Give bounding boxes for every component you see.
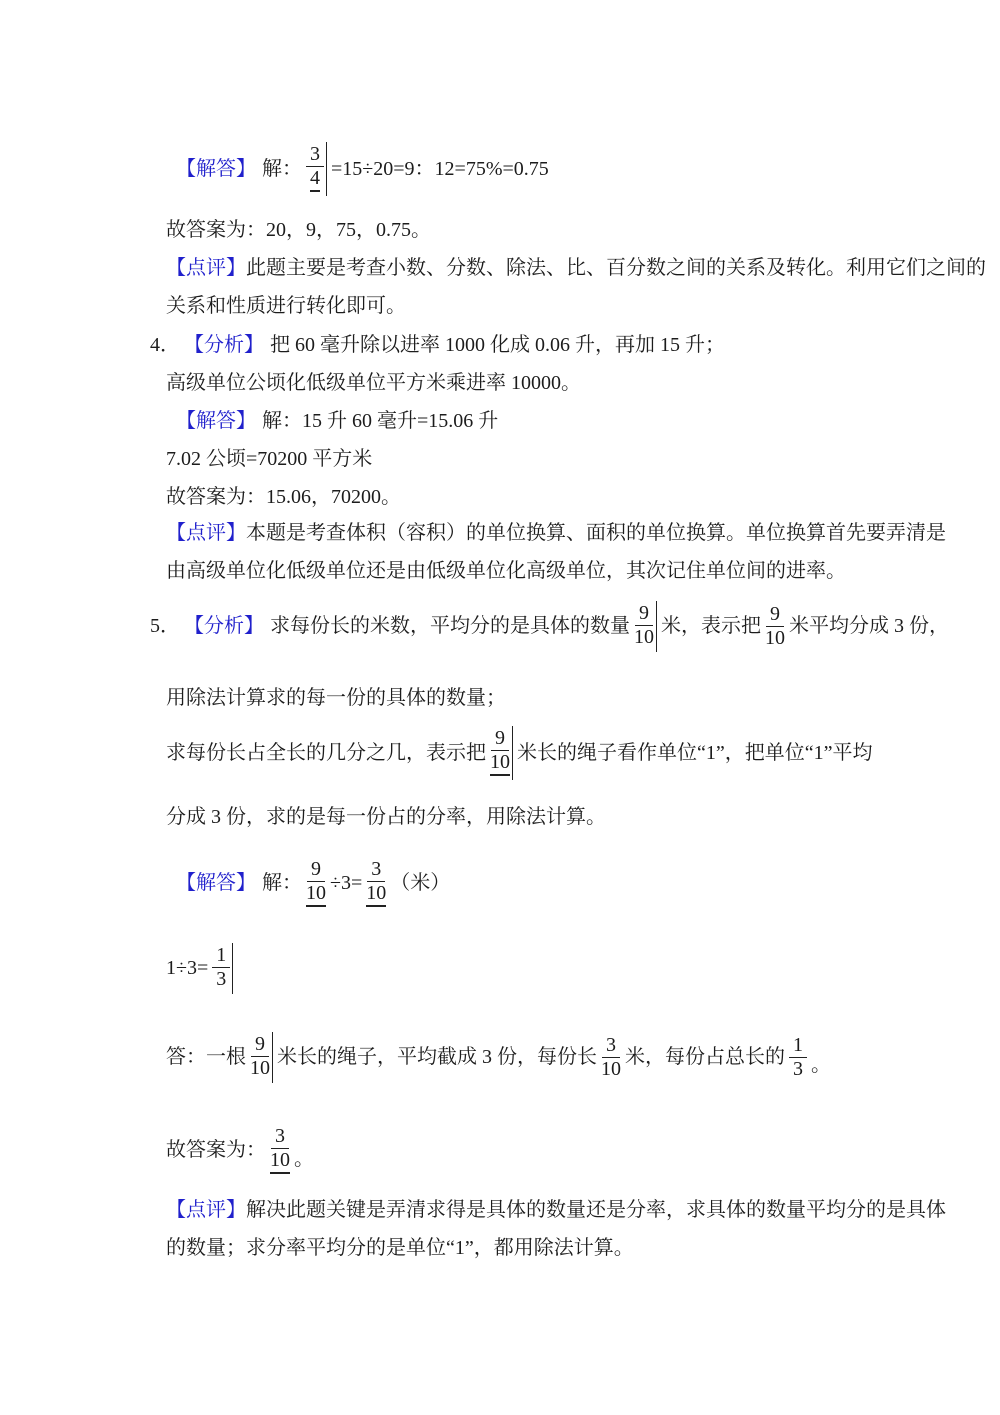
answer-sentence-text: 米长的绳子，平均截成 3 份，每份长 — [277, 1045, 597, 1070]
q3-conclusion-line: 故答案为：20，9，75，0.75。 — [166, 218, 431, 243]
fraction-1-3: 1 3 — [789, 1035, 807, 1080]
q5-analysis-line-3: 求每份长占全长的几分之几，表示把 9 10 米长的绳子看作单位“1”，把单位“1… — [166, 727, 873, 779]
fraction-numerator: 9 — [251, 1034, 269, 1057]
equation-text: 1÷3= — [166, 956, 208, 981]
fraction-3-4: 3 4 — [306, 142, 327, 196]
comment-label: 【点评】 — [166, 521, 246, 546]
answer-prefix: 解： — [262, 157, 302, 182]
fraction-9-10: 9 10 — [634, 601, 657, 652]
q5-answer-sentence-line: 答：一根 9 10 米长的绳子，平均截成 3 份，每份长 3 10 米，每份占总… — [166, 1034, 831, 1080]
comment-text: 本题是考查体积（容积）的单位换算、面积的单位换算。单位换算首先要弄清是 — [246, 521, 946, 546]
analysis-text: 求每份长占全长的几分之几，表示把 — [166, 741, 486, 766]
conclusion-text: 故答案为：20，9，75，0.75。 — [166, 218, 431, 243]
equation-text: ÷3= — [330, 871, 362, 896]
fraction-3-10: 3 10 — [366, 859, 386, 907]
fraction-numerator: 9 — [766, 604, 784, 627]
equation-text: 7.02 公顷=70200 平方米 — [166, 447, 372, 472]
answer-text: 解：15 升 60 毫升=15.06 升 — [262, 409, 498, 434]
q4-analysis-line-1: 4． 【分析】 把 60 毫升除以进率 1000 化成 0.06 升，再加 15… — [150, 333, 725, 358]
analysis-text: 求每份长的米数，平均分的是具体的数量 — [270, 614, 630, 639]
comment-label: 【点评】 — [166, 256, 246, 281]
answer-label: 【解答】 — [176, 157, 256, 182]
answer-sentence-text: 米，每份占总长的 — [625, 1045, 785, 1070]
q3-answer-line: 【解答】 解： 3 4 =15÷20=9：12=75%=0.75 — [176, 143, 549, 195]
fraction-numerator: 3 — [602, 1035, 620, 1058]
fraction-denominator: 10 — [366, 882, 386, 907]
fraction-denominator: 10 — [765, 627, 785, 649]
comment-text: 此题主要是考查小数、分数、除法、比、百分数之间的关系及转化。利用它们之间的 — [246, 256, 986, 281]
equation-text: =15÷20=9：12=75%=0.75 — [331, 157, 549, 182]
fraction-9-10: 9 10 — [250, 1032, 273, 1083]
fraction-1-3: 1 3 — [212, 943, 233, 994]
document-page: 【解答】 解： 3 4 =15÷20=9：12=75%=0.75 故答案为：20… — [0, 0, 1000, 1415]
q3-comment-line-1: 【点评】 此题主要是考查小数、分数、除法、比、百分数之间的关系及转化。利用它们之… — [166, 256, 986, 281]
answer-label: 【解答】 — [176, 409, 256, 434]
q5-analysis-line-1: 5． 【分析】 求每份长的米数，平均分的是具体的数量 9 10 米，表示把 9 … — [150, 600, 949, 652]
comment-text: 解决此题关键是弄清求得是具体的数量还是分率，求具体的数量平均分的是具体 — [246, 1198, 946, 1223]
fraction-9-10: 9 10 — [490, 726, 513, 780]
q3-comment-line-2: 关系和性质进行转化即可。 — [166, 294, 406, 319]
analysis-text: 米长的绳子看作单位“1”，把单位“1”平均 — [517, 741, 873, 766]
answer-prefix: 解： — [262, 871, 302, 896]
fraction-9-10: 9 10 — [765, 604, 785, 649]
fraction-denominator: 3 — [793, 1058, 803, 1080]
analysis-text: 把 60 毫升除以进率 1000 化成 0.06 升，再加 15 升； — [270, 333, 725, 358]
fraction-9-10: 9 10 — [306, 859, 326, 907]
fraction-numerator: 3 — [367, 859, 385, 882]
period-text: 。 — [294, 1147, 314, 1174]
q4-analysis-line-2: 高级单位公顷化低级单位平方米乘进率 10000。 — [166, 371, 581, 396]
analysis-label: 【分析】 — [184, 614, 264, 639]
fraction-3-10: 3 10 — [601, 1035, 621, 1080]
fraction-numerator: 9 — [491, 728, 509, 751]
q4-equation-line: 7.02 公顷=70200 平方米 — [166, 447, 372, 472]
analysis-text: 分成 3 份，求的是每一份占的分率，用除法计算。 — [166, 805, 606, 830]
fraction-denominator: 3 — [216, 968, 226, 990]
q5-analysis-line-2: 用除法计算求的每一份的具体的数量； — [166, 686, 506, 711]
question-number: 5． — [150, 614, 180, 639]
q4-comment-line-1: 【点评】 本题是考查体积（容积）的单位换算、面积的单位换算。单位换算首先要弄清是 — [166, 521, 946, 546]
question-number: 4． — [150, 333, 180, 358]
fraction-denominator: 10 — [601, 1058, 621, 1080]
comment-text: 关系和性质进行转化即可。 — [166, 294, 406, 319]
conclusion-text: 故答案为： — [166, 1138, 266, 1163]
fraction-denominator: 10 — [306, 882, 326, 907]
comment-text: 的数量；求分率平均分的是单位“1”，都用除法计算。 — [166, 1236, 634, 1261]
q4-comment-line-2: 由高级单位化低级单位还是由低级单位化高级单位，其次记住单位间的进率。 — [166, 559, 846, 584]
answer-label: 【解答】 — [176, 871, 256, 896]
fraction-denominator: 4 — [310, 167, 320, 192]
q5-answer-line: 【解答】 解： 9 10 ÷3= 3 10 （米） — [176, 858, 450, 908]
analysis-text: 米，表示把 — [661, 614, 761, 639]
fraction-denominator: 10 — [634, 626, 654, 648]
fraction-denominator: 10 — [490, 751, 510, 776]
q5-equation-line-2: 1÷3= 1 3 — [166, 946, 237, 990]
q5-comment-line-2: 的数量；求分率平均分的是单位“1”，都用除法计算。 — [166, 1236, 634, 1261]
comment-label: 【点评】 — [166, 1198, 246, 1223]
comment-text: 由高级单位化低级单位还是由低级单位化高级单位，其次记住单位间的进率。 — [166, 559, 846, 584]
q4-conclusion-line: 故答案为：15.06，70200。 — [166, 485, 401, 510]
fraction-numerator: 9 — [635, 603, 653, 626]
q5-analysis-line-4: 分成 3 份，求的是每一份占的分率，用除法计算。 — [166, 805, 606, 830]
fraction-numerator: 9 — [307, 859, 325, 882]
answer-sentence-text: 答：一根 — [166, 1045, 246, 1070]
fraction-numerator: 3 — [271, 1126, 289, 1149]
conclusion-text: 故答案为：15.06，70200。 — [166, 485, 401, 510]
analysis-text: 米平均分成 3 份， — [789, 614, 949, 639]
fraction-numerator: 3 — [306, 144, 324, 167]
fraction-denominator: 10 — [270, 1149, 290, 1174]
analysis-label: 【分析】 — [184, 333, 264, 358]
analysis-text: 用除法计算求的每一份的具体的数量； — [166, 686, 506, 711]
fraction-denominator: 10 — [250, 1057, 270, 1079]
q5-comment-line-1: 【点评】 解决此题关键是弄清求得是具体的数量还是分率，求具体的数量平均分的是具体 — [166, 1198, 946, 1223]
fraction-numerator: 1 — [789, 1035, 807, 1058]
period-text: 。 — [811, 1053, 831, 1080]
fraction-numerator: 1 — [212, 945, 230, 968]
analysis-text: 高级单位公顷化低级单位平方米乘进率 10000。 — [166, 371, 581, 396]
fraction-3-10: 3 10 — [270, 1126, 290, 1174]
unit-text: （米） — [390, 871, 450, 896]
q4-answer-line: 【解答】 解：15 升 60 毫升=15.06 升 — [176, 409, 498, 434]
q5-conclusion-line: 故答案为： 3 10 。 — [166, 1126, 314, 1174]
